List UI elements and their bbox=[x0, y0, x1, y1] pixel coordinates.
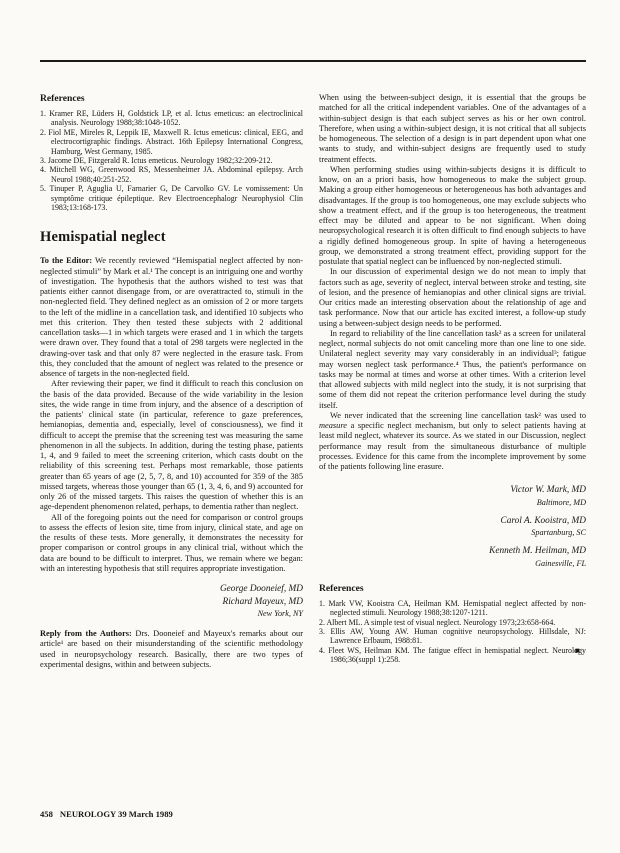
reply-paragraph: When performing studies using within-sub… bbox=[319, 165, 586, 268]
reply-paragraph-text: a specific neglect mechanism, but only t… bbox=[319, 421, 586, 471]
reply-signatures: Victor W. Mark, MD Baltimore, MD Carol A… bbox=[319, 484, 586, 569]
signature-pair: Victor W. Mark, MD Baltimore, MD bbox=[319, 484, 586, 508]
signature-name: George Dooneief, MD bbox=[40, 583, 303, 596]
signature-pair: Kenneth M. Heilman, MD Gainesville, FL bbox=[319, 545, 586, 569]
reference-item: 2. Fiol ME, Mireles R, Leppik IE, Maxwel… bbox=[40, 128, 303, 156]
reply-paragraph-text: We never indicated that the screening li… bbox=[330, 411, 586, 420]
top-rule bbox=[40, 60, 586, 62]
reply-paragraph: Reply from the Authors: Drs. Dooneief an… bbox=[40, 629, 303, 670]
signature-pair: Carol A. Kooistra, MD Spartanburg, SC bbox=[319, 515, 586, 539]
signature-name: Richard Mayeux, MD bbox=[40, 596, 303, 609]
emphasized-word: measure bbox=[319, 421, 347, 430]
signature-name: Kenneth M. Heilman, MD bbox=[319, 545, 586, 558]
letter-paragraph: After reviewing their paper, we find it … bbox=[40, 379, 303, 512]
reply-lead: Reply from the Authors: bbox=[40, 629, 132, 638]
signature-place: Gainesville, FL bbox=[319, 558, 586, 569]
reference-item: 1. Mark VW, Kooistra CA, Heilman KM. Hem… bbox=[319, 599, 586, 618]
references-heading-left: References bbox=[40, 93, 303, 104]
section-title: Hemispatial neglect bbox=[40, 229, 303, 246]
letter-paragraph-text: We recently reviewed “Hemispatial neglec… bbox=[40, 256, 303, 378]
reply-paragraph: In our discussion of experimental design… bbox=[319, 267, 586, 329]
two-column-text: References 1. Kramer RE, Lüders H, Golds… bbox=[40, 93, 586, 670]
signature-name: Victor W. Mark, MD bbox=[319, 484, 586, 497]
reply-paragraph: In regard to reliability of the line can… bbox=[319, 329, 586, 411]
signature-place: New York, NY bbox=[40, 608, 303, 619]
left-column: References 1. Kramer RE, Lüders H, Golds… bbox=[40, 93, 303, 670]
reply-paragraph: When using the between-subject design, i… bbox=[319, 93, 586, 165]
right-column: When using the between-subject design, i… bbox=[319, 93, 586, 670]
letter-paragraph: All of the foregoing points out the need… bbox=[40, 513, 303, 575]
references-heading-right: References bbox=[319, 583, 586, 594]
signature-place: Spartanburg, SC bbox=[319, 527, 586, 538]
letter-signatures: George Dooneief, MD Richard Mayeux, MD N… bbox=[40, 583, 303, 619]
reply-paragraph: We never indicated that the screening li… bbox=[319, 411, 586, 473]
reference-item: 3. Ellis AW, Young AW. Human cognitive n… bbox=[319, 627, 586, 646]
page-footer: 458NEUROLOGY 39 March 1989 bbox=[40, 809, 173, 819]
references-list-left: 1. Kramer RE, Lüders H, Goldstick LP, et… bbox=[40, 109, 303, 212]
journal-issue-line: NEUROLOGY 39 March 1989 bbox=[60, 809, 173, 819]
reference-item: 5. Tinuper P, Aguglia U, Farnarier G, De… bbox=[40, 184, 303, 212]
page-number: 458 bbox=[40, 809, 53, 819]
journal-page: References 1. Kramer RE, Lüders H, Golds… bbox=[0, 0, 620, 853]
letter-paragraph: To the Editor: We recently reviewed “Hem… bbox=[40, 256, 303, 379]
reference-item: ■4. Fleet WS, Heilman KM. The fatigue ef… bbox=[319, 646, 586, 665]
reference-text: 4. Fleet WS, Heilman KM. The fatigue eff… bbox=[319, 646, 586, 664]
reference-item: 2. Albert ML. A simple test of visual ne… bbox=[319, 618, 586, 627]
reference-item: 3. Jacome DE, Fitzgerald R. Ictus emetic… bbox=[40, 156, 303, 165]
reference-item: 4. Mitchell WG, Greenwood RS, Messenheim… bbox=[40, 165, 303, 184]
references-list-right: 1. Mark VW, Kooistra CA, Heilman KM. Hem… bbox=[319, 599, 586, 665]
to-the-editor-lead: To the Editor: bbox=[40, 256, 92, 265]
reference-item: 1. Kramer RE, Lüders H, Goldstick LP, et… bbox=[40, 109, 303, 128]
signature-name: Carol A. Kooistra, MD bbox=[319, 515, 586, 528]
signature-place: Baltimore, MD bbox=[319, 497, 586, 508]
